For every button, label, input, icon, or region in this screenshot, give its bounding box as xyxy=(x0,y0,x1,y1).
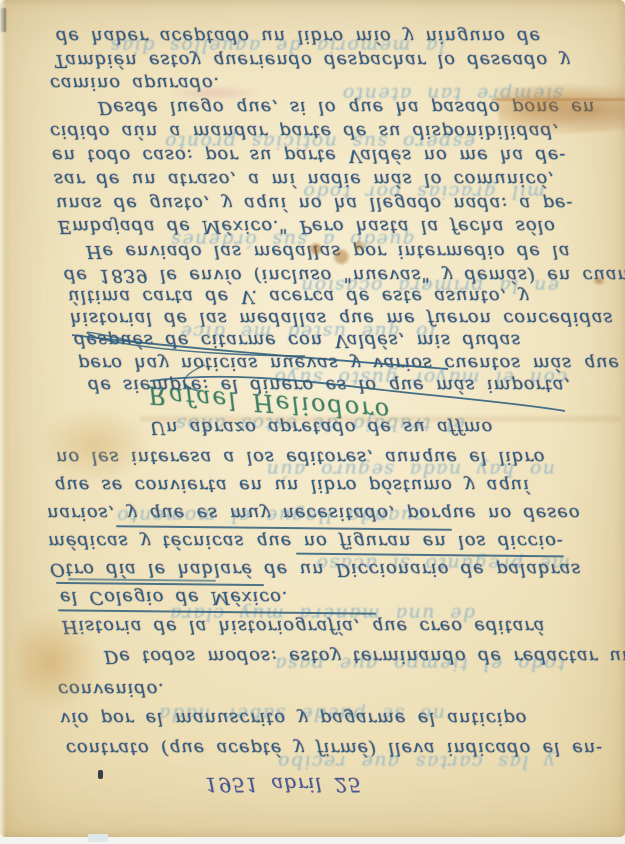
scan-edge-strip-bottom xyxy=(0,837,625,844)
mirrored-content: y las cartas que recibo no se puede sabe… xyxy=(0,0,625,837)
pen-flourish-marks xyxy=(0,0,625,837)
paper-sheet: y las cartas que recibo no se puede sabe… xyxy=(0,0,625,837)
letter-photo: y las cartas que recibo no se puede sabe… xyxy=(0,0,625,844)
